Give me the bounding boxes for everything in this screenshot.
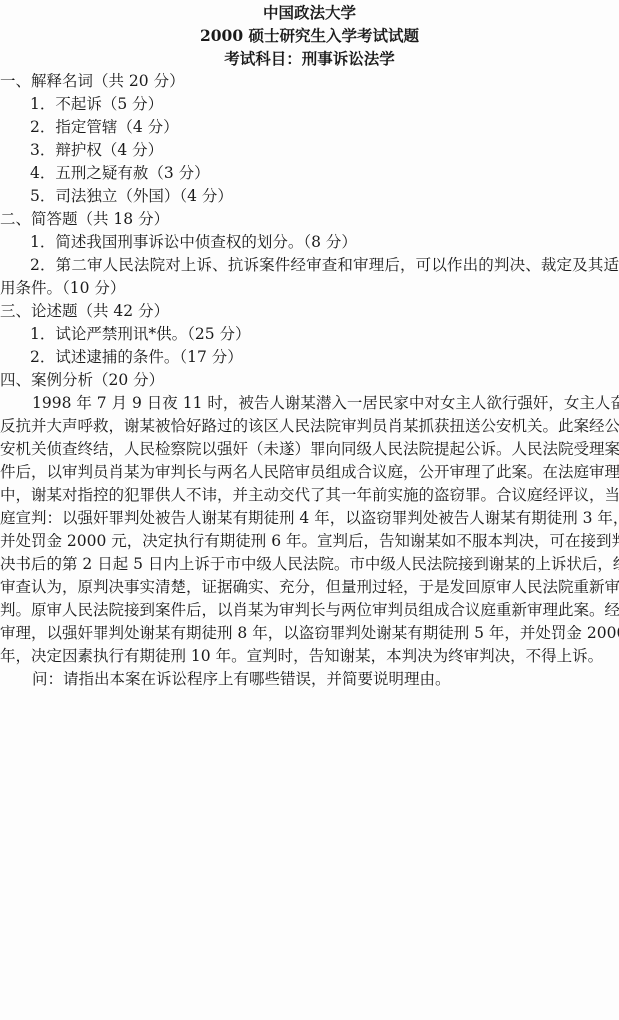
list-item: 2．指定管辖（4 分）: [30, 116, 619, 139]
list-item-continuation: 用条件。（10 分）: [0, 277, 619, 300]
exam-title: 2000 硕士研究生入学考试试题: [0, 24, 619, 47]
list-item: 2．第二审人民法院对上诉、抗诉案件经审查和审理后，可以作出的判决、裁定及其适: [0, 254, 619, 277]
subject-title: 考试科目：刑事诉讼法学: [0, 47, 619, 70]
university-title: 中国政法大学: [0, 1, 619, 24]
case-line: 1998 年 7 月 9 日夜 11 时，被告人谢某潜入一居民家中对女主人欲行强…: [0, 392, 619, 415]
list-item: 3．辩护权（4 分）: [30, 139, 619, 162]
case-line: 安机关侦查终结，人民检察院以强奸（未遂）罪向同级人民法院提起公诉。人民法院受理案: [0, 438, 619, 461]
exam-page: 中国政法大学 2000 硕士研究生入学考试试题 考试科目：刑事诉讼法学 一、解释…: [0, 0, 619, 1020]
list-item: 5．司法独立（外国）（4 分）: [30, 185, 619, 208]
case-line: 庭宣判：以强奸罪判处被告人谢某有期徒刑 4 年，以盗窃罪判处被告人谢某有期徒刑 …: [0, 507, 619, 530]
section-heading-4: 四、案例分析（20 分）: [0, 369, 619, 392]
list-item: 4．五刑之疑有赦（3 分）: [30, 162, 619, 185]
case-line: 判。原审人民法院接到案件后，以肖某为审判长与两位审判员组成合议庭重新审理此案。经: [0, 599, 619, 622]
section-heading-3: 三、论述题（共 42 分）: [0, 300, 619, 323]
list-item: 1．试论严禁刑讯*供。（25 分）: [30, 323, 619, 346]
case-question: 问：请指出本案在诉讼程序上有哪些错误，并简要说明理由。: [0, 668, 619, 691]
section-heading-1: 一、解释名词（共 20 分）: [0, 70, 619, 93]
case-line: 件后，以审判员肖某为审判长与两名人民陪审员组成合议庭，公开审理了此案。在法庭审理: [0, 461, 619, 484]
section-heading-2: 二、简答题（共 18 分）: [0, 208, 619, 231]
case-line: 决书后的第 2 日起 5 日内上诉于市中级人民法院。市中级人民法院接到谢某的上诉…: [0, 553, 619, 576]
case-line: 年，决定因素执行有期徒刑 10 年。宣判时，告知谢某，本判决为终审判决，不得上诉…: [0, 645, 619, 668]
case-line: 中，谢某对指控的犯罪供人不讳，并主动交代了其一年前实施的盗窃罪。合议庭经评议，当: [0, 484, 619, 507]
case-line: 审理，以强奸罪判处谢某有期徒刑 8 年，以盗窃罪判处谢某有期徒刑 5 年，并处罚…: [0, 622, 619, 645]
case-line: 审查认为，原判决事实清楚，证据确实、充分，但量刑过轻，于是发回原审人民法院重新审: [0, 576, 619, 599]
list-item: 1．简述我国刑事诉讼中侦查权的划分。（8 分）: [30, 231, 619, 254]
list-item: 1．不起诉（5 分）: [30, 93, 619, 116]
case-line: 反抗并大声呼救，谢某被恰好路过的该区人民法院审判员肖某抓获扭送公安机关。此案经公: [0, 415, 619, 438]
list-item: 2．试述逮捕的条件。（17 分）: [30, 346, 619, 369]
case-line: 并处罚金 2000 元，决定执行有期徒刑 6 年。宣判后，告知谢某如不服本判决，…: [0, 530, 619, 553]
